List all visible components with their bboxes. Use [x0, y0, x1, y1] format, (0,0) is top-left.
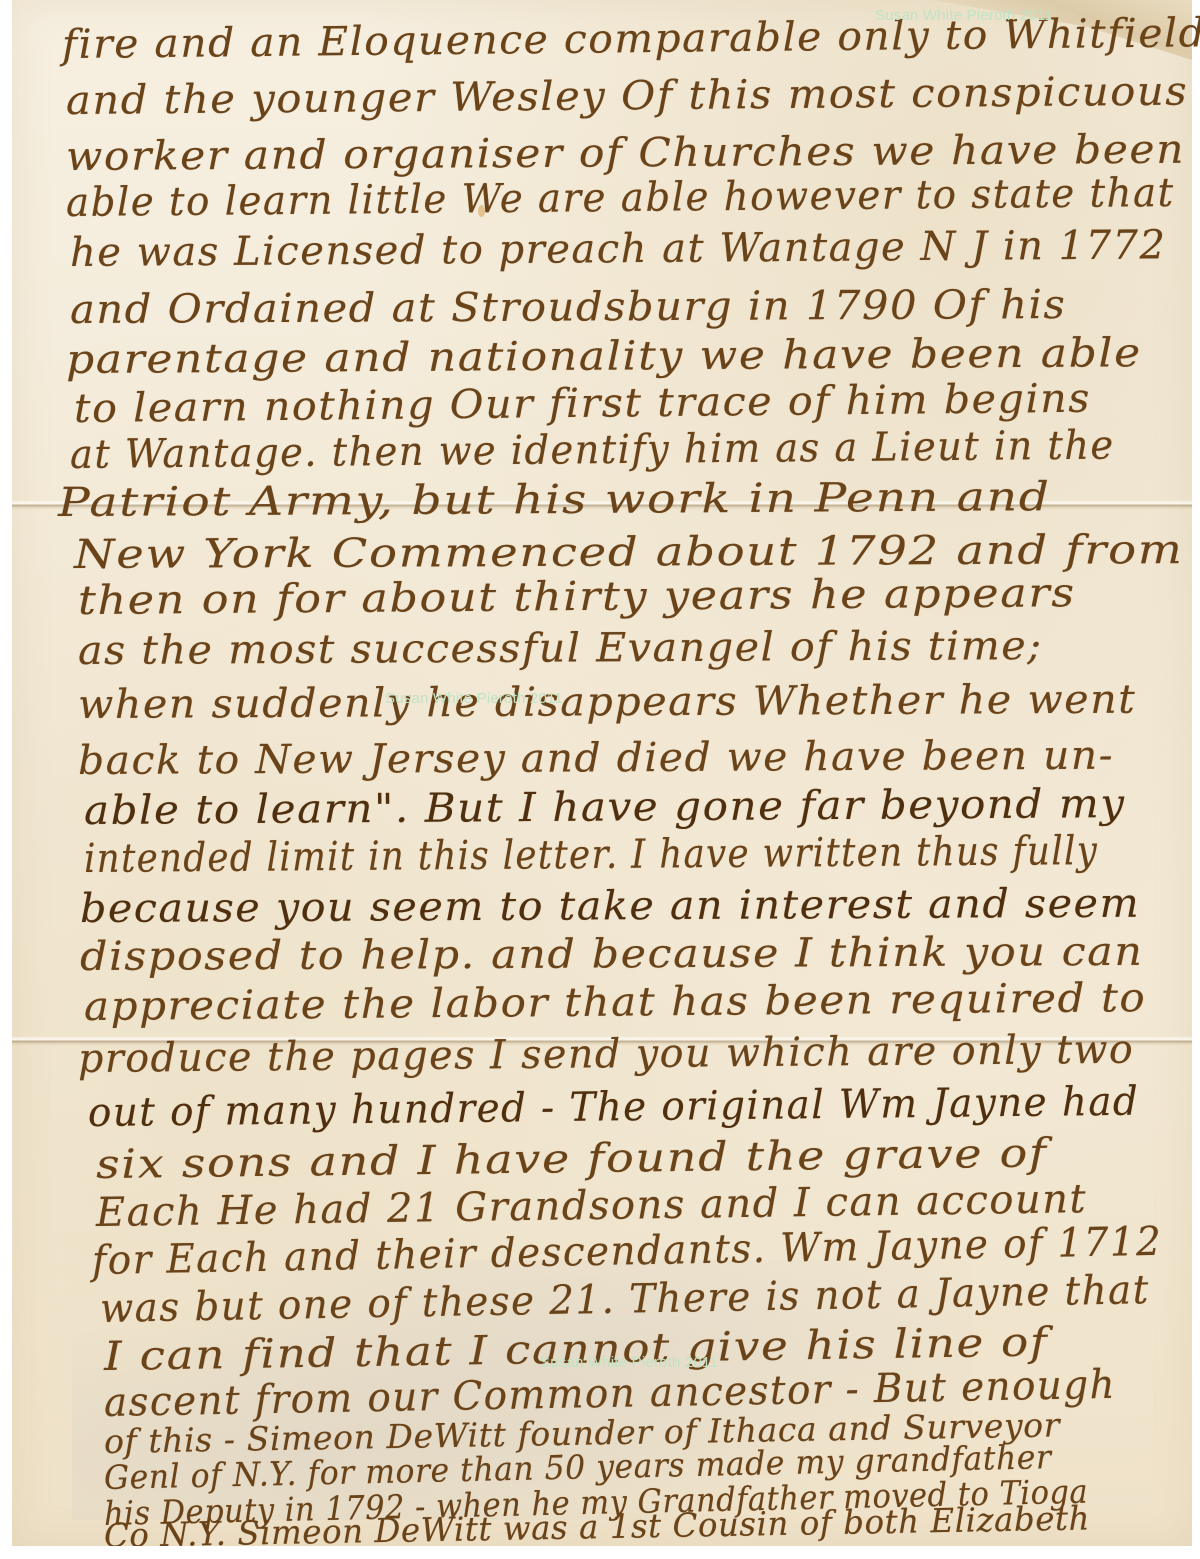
text-line: Patriot Army, but his work in Penn and — [58, 474, 1051, 526]
watermark: Susan White Pieroth 2011 — [385, 690, 563, 707]
text-line: produce the pages I send you which are o… — [78, 1027, 1135, 1082]
text-line: and Ordained at Stroudsburg in 1790 Of h… — [70, 282, 1067, 333]
text-line: able to learn". But I have gone far beyo… — [84, 781, 1126, 834]
watermark: Susan White Pieroth 2011 — [540, 1354, 718, 1371]
text-line: parentage and nationality we have been a… — [66, 330, 1142, 383]
text-line: as the most successful Evangel of his ti… — [78, 623, 1043, 674]
text-line: appreciate the labor that has been requi… — [84, 975, 1147, 1030]
text-line: because you seem to take an interest and… — [80, 881, 1140, 932]
text-line: when suddenly he disappears Whether he w… — [78, 677, 1137, 728]
text-line: and the younger Wesley Of this most cons… — [66, 69, 1189, 124]
text-line: back to New Jersey and died we have been… — [78, 733, 1114, 784]
scan-margin — [0, 1546, 1200, 1559]
text-line: he was Licensed to preach at Wantage N J… — [70, 222, 1167, 276]
text-line: able to learn little We are able however… — [66, 170, 1175, 226]
text-line: at Wantage. then we identify him as a Li… — [70, 423, 1115, 478]
text-line: out of many hundred - The original Wm Ja… — [88, 1079, 1140, 1136]
handwritten-text: fire and an Eloquence comparable only to… — [0, 0, 1200, 1559]
text-line: intended limit in this letter. I have wr… — [84, 828, 1098, 882]
watermark: Susan White Pieroth 2011 — [875, 7, 1053, 24]
text-line: then on for about thirty years he appear… — [78, 570, 1076, 624]
text-line: disposed to help. and because I think yo… — [80, 929, 1144, 980]
